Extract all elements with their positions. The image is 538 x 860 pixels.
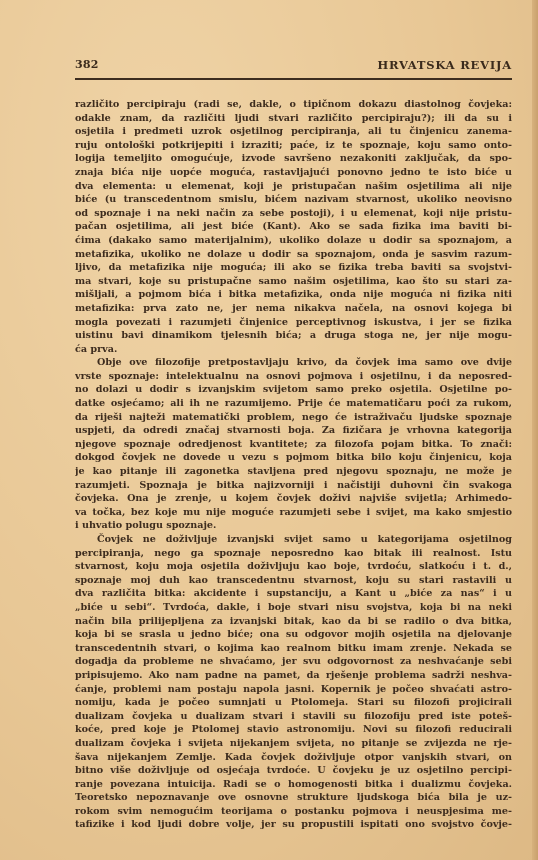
text-line: način bila prilijepljena za izvanjski bi… — [75, 615, 512, 629]
text-line: transcedentnih stvari, o kojima kao real… — [75, 642, 512, 656]
text-line: odakle znam, da različiti ljudi stvari r… — [75, 112, 512, 126]
text-line: mišljali, a pojmom bića i bitka metafizi… — [75, 288, 512, 302]
text-line: dualizam čovjeka i svijeta nijekanjem sv… — [75, 737, 512, 751]
header-rule — [75, 78, 512, 80]
text-line: mogla povezati i razumjeti činjenice per… — [75, 316, 512, 330]
text-line: koće, pred koje je Ptolomej stavio astro… — [75, 723, 512, 737]
text-line: uistinu bavi dinamikom tjelesnih bića; a… — [75, 329, 512, 343]
text-line: „biće u sebi“. Tvrdoća, dakle, i boje st… — [75, 601, 512, 615]
text-line: dva elementa: u elemenat, koji je pristu… — [75, 180, 512, 194]
text-line: uspjeti, da odredi značaj stvarnosti boj… — [75, 424, 512, 438]
text-line: no dolazi u dodir s izvanjskim svijetom … — [75, 383, 512, 397]
text-line: Obje ove filozofije pretpostavljaju kriv… — [75, 356, 512, 370]
text-line: dualizam čovjeka u dualizam stvari i sta… — [75, 710, 512, 724]
text-line: da riješi najteži matematički problem, n… — [75, 411, 512, 425]
text-line: spoznaje moj duh kao transcedentnu stvar… — [75, 574, 512, 588]
text-line: logija temeljito omogućuje, izvode savrš… — [75, 152, 512, 166]
text-line: ćanje, problemi nam postaju napola jasni… — [75, 683, 512, 697]
text-line: ća prva. — [75, 343, 512, 357]
text-line: pripisujemo. Ako nam padne na pamet, da … — [75, 669, 512, 683]
page-number: 382 — [75, 58, 99, 71]
text-line: va točka, bez koje mu nije moguće razumj… — [75, 506, 512, 520]
text-line: datke osjećamo; ali ih ne razumijemo. Pr… — [75, 397, 512, 411]
text-line: razumjeti. Spoznaja je bitka najizvornij… — [75, 479, 512, 493]
text-line: znaja bića nije uopće moguća, rastavljaj… — [75, 166, 512, 180]
text-line: i uhvatio polugu spoznaje. — [75, 519, 512, 533]
text-line: Teoretsko nepoznavanje ove osnovne struk… — [75, 791, 512, 805]
text-line: percipiranja, nego ga spoznaje neposredn… — [75, 547, 512, 561]
text-line: dva različita bitka: akcidente i supstan… — [75, 587, 512, 601]
text-line: osjetila i predmeti uzrok osjetilnog per… — [75, 125, 512, 139]
text-line: biće (u transcedentnom smislu, bićem naz… — [75, 193, 512, 207]
text-line: stvarnost, koju moja osjetila doživljuju… — [75, 560, 512, 574]
paragraph: različito percipiraju (radi se, dakle, o… — [75, 98, 512, 356]
text-line: rokom svim nemogućim teorijama o postank… — [75, 805, 512, 819]
paragraph: Obje ove filozofije pretpostavljaju kriv… — [75, 356, 512, 533]
text-line: dokgod čovjek ne dovede u vezu s pojmom … — [75, 451, 512, 465]
text-line: je kao pitanje ili zagonetka stavljena p… — [75, 465, 512, 479]
text-line: dogadja da probleme ne shvaćamo, jer svu… — [75, 655, 512, 669]
text-line: ćima (dakako samo materijalnim), ukoliko… — [75, 234, 512, 248]
text-line: koja bi se srasla u jedno biće; ona su o… — [75, 628, 512, 642]
page-edge — [532, 0, 538, 860]
text-line: različito percipiraju (radi se, dakle, o… — [75, 98, 512, 112]
text-line: od spoznaje i na neki način za sebe post… — [75, 207, 512, 221]
text-line: bitno više doživljuje od osjećaja tvrdoć… — [75, 764, 512, 778]
text-line: vrste spoznaje: intelektualnu na osnovi … — [75, 370, 512, 384]
paragraph: Čovjek ne doživljuje izvanjski svijet sa… — [75, 533, 512, 832]
text-line: Čovjek ne doživljuje izvanjski svijet sa… — [75, 533, 512, 547]
text-line: tafizike i kod ljudi dobre volje, jer su… — [75, 818, 512, 832]
text-line: ljivo, da metafizika nije moguća; ili ak… — [75, 261, 512, 275]
text-line: šava nijekanjem Zemlje. Kada čovjek doži… — [75, 751, 512, 765]
text-line: čovjeka. Ona je zrenje, u kojem čovjek d… — [75, 492, 512, 506]
text-line: metafizika: prva zato ne, jer nema nikak… — [75, 302, 512, 316]
text-line: pačan osjetilima, ali jest biće (Kant). … — [75, 220, 512, 234]
text-line: ranje povezana intuicija. Radi se o homo… — [75, 778, 512, 792]
page-header: 382 HRVATSKA REVIJA — [75, 58, 512, 74]
text-line: ma stvari, koje su pristupačne samo naši… — [75, 275, 512, 289]
body-text: različito percipiraju (radi se, dakle, o… — [75, 98, 512, 832]
text-line: njegove spoznaje odredjenost kvantitete;… — [75, 438, 512, 452]
text-line: nomiju, kada je počeo sumnjati u Ptolome… — [75, 696, 512, 710]
running-title: HRVATSKA REVIJA — [377, 58, 512, 72]
text-line: ruju ontološki potkrijepiti i izraziti; … — [75, 139, 512, 153]
text-line: metafizika, ukoliko ne dolaze u dodir sa… — [75, 248, 512, 262]
